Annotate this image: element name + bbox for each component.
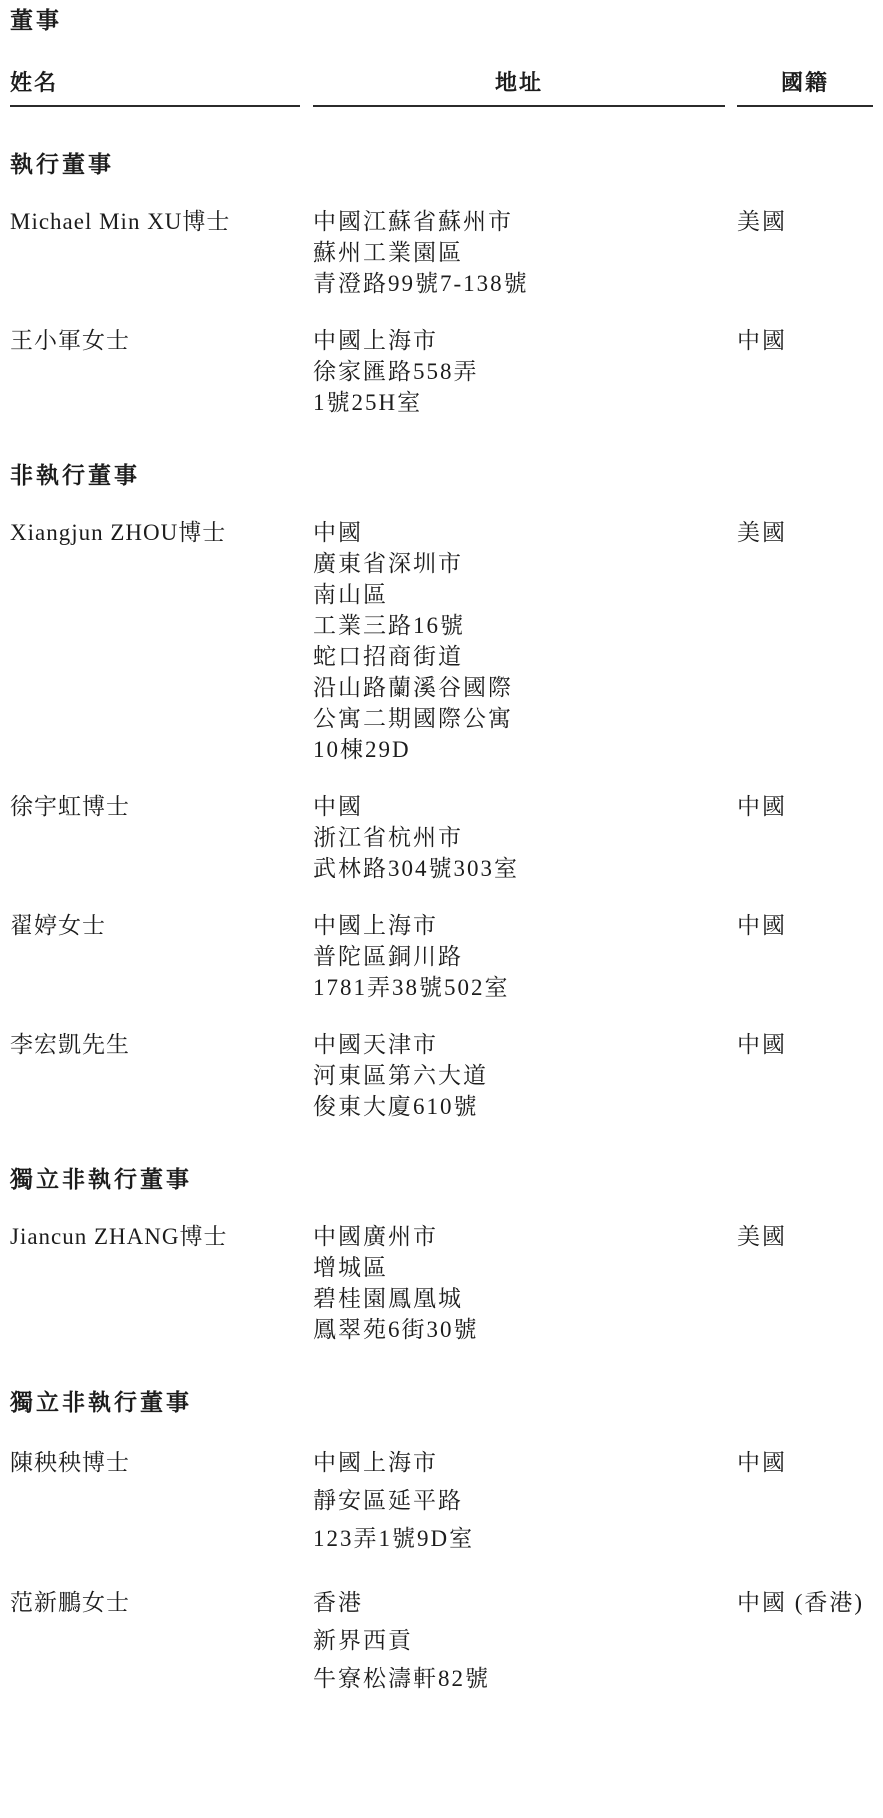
table-row: 王小軍女士 中國上海市徐家匯路558弄1號25H室 中國 [10,325,873,418]
table-row: 陳秧秧博士 中國上海市靜安區延平路123弄1號9D室 中國 [10,1444,873,1558]
table-header-row: 姓名 地址 國籍 [10,70,873,107]
address-line: 廣東省深圳市 [313,548,737,579]
section-rows: Michael Min XU博士 中國江蘇省蘇州市蘇州工業園區青澄路99號7-1… [10,206,873,418]
section-rows: Jiancun ZHANG博士 中國廣州市增城區碧桂園鳳凰城鳳翠苑6街30號 美… [10,1221,873,1345]
column-header-address: 地址 [313,70,725,107]
address-line: 碧桂園鳳凰城 [313,1283,737,1314]
section-heading: 獨立非執行董事 [10,1166,873,1193]
address-line: 中國 [313,517,737,548]
page-title: 董事 [10,6,873,34]
table-row: Xiangjun ZHOU博士 中國廣東省深圳市南山區工業三路16號蛇口招商街道… [10,517,873,765]
table-row: 范新鵬女士 香港新界西貢牛寮松濤軒82號 中國 (香港) [10,1584,873,1698]
address-line: 浙江省杭州市 [313,822,737,853]
address-line: 中國天津市 [313,1029,737,1060]
director-address: 中國廣州市增城區碧桂園鳳凰城鳳翠苑6街30號 [313,1221,737,1345]
director-address: 中國上海市普陀區銅川路1781弄38號502室 [313,910,737,1003]
address-line: 鳳翠苑6街30號 [313,1314,737,1345]
director-nationality: 中國 (香港) [737,1584,873,1698]
director-name: 翟婷女士 [10,910,313,1003]
director-nationality: 中國 [737,791,873,884]
address-line: 中國江蘇省蘇州市 [313,206,737,237]
address-line: 增城區 [313,1252,737,1283]
column-header-nationality: 國籍 [737,70,873,107]
director-section: 非執行董事 Xiangjun ZHOU博士 中國廣東省深圳市南山區工業三路16號… [10,462,873,1122]
column-header-name: 姓名 [10,70,300,107]
address-line: 蘇州工業園區 [313,237,737,268]
address-line: 青澄路99號7-138號 [313,268,737,299]
address-line: 公寓二期國際公寓 [313,703,737,734]
address-line: 123弄1號9D室 [313,1520,737,1558]
director-address: 中國上海市靜安區延平路123弄1號9D室 [313,1444,737,1558]
director-nationality: 中國 [737,325,873,418]
address-line: 中國上海市 [313,325,737,356]
director-name: Jiancun ZHANG博士 [10,1221,313,1345]
address-line: 俊東大廈610號 [313,1091,737,1122]
director-name: 王小軍女士 [10,325,313,418]
director-section: 獨立非執行董事 陳秧秧博士 中國上海市靜安區延平路123弄1號9D室 中國 范新… [10,1389,873,1698]
section-heading: 獨立非執行董事 [10,1389,873,1416]
address-line: 中國 [313,791,737,822]
director-nationality: 中國 [737,910,873,1003]
address-line: 靜安區延平路 [313,1482,737,1520]
section-heading: 非執行董事 [10,462,873,489]
address-line: 牛寮松濤軒82號 [313,1660,737,1698]
table-row: 徐宇虹博士 中國浙江省杭州市武林路304號303室 中國 [10,791,873,884]
director-nationality: 中國 [737,1444,873,1558]
director-address: 中國浙江省杭州市武林路304號303室 [313,791,737,884]
address-line: 中國上海市 [313,910,737,941]
address-line: 蛇口招商街道 [313,641,737,672]
director-name: 李宏凱先生 [10,1029,313,1122]
document-page: 董事 姓名 地址 國籍 執行董事 Michael Min XU博士 中國江蘇省蘇… [0,0,883,1698]
directors-table-body: 執行董事 Michael Min XU博士 中國江蘇省蘇州市蘇州工業園區青澄路9… [10,151,873,1698]
address-line: 普陀區銅川路 [313,941,737,972]
director-address: 中國廣東省深圳市南山區工業三路16號蛇口招商街道沿山路蘭溪谷國際公寓二期國際公寓… [313,517,737,765]
director-section: 執行董事 Michael Min XU博士 中國江蘇省蘇州市蘇州工業園區青澄路9… [10,151,873,418]
address-line: 中國上海市 [313,1444,737,1482]
director-section: 獨立非執行董事 Jiancun ZHANG博士 中國廣州市增城區碧桂園鳳凰城鳳翠… [10,1166,873,1345]
address-line: 河東區第六大道 [313,1060,737,1091]
director-address: 中國江蘇省蘇州市蘇州工業園區青澄路99號7-138號 [313,206,737,299]
table-row: Michael Min XU博士 中國江蘇省蘇州市蘇州工業園區青澄路99號7-1… [10,206,873,299]
address-line: 香港 [313,1584,737,1622]
address-line: 工業三路16號 [313,610,737,641]
director-name: 范新鵬女士 [10,1584,313,1698]
address-line: 10棟29D [313,734,737,765]
director-name: 陳秧秧博士 [10,1444,313,1558]
address-line: 南山區 [313,579,737,610]
director-name: 徐宇虹博士 [10,791,313,884]
section-heading: 執行董事 [10,151,873,178]
table-row: 李宏凱先生 中國天津市河東區第六大道俊東大廈610號 中國 [10,1029,873,1122]
address-line: 新界西貢 [313,1622,737,1660]
director-address: 中國上海市徐家匯路558弄1號25H室 [313,325,737,418]
address-line: 中國廣州市 [313,1221,737,1252]
address-line: 武林路304號303室 [313,853,737,884]
director-nationality: 美國 [737,1221,873,1345]
director-nationality: 美國 [737,206,873,299]
director-name: Xiangjun ZHOU博士 [10,517,313,765]
director-nationality: 中國 [737,1029,873,1122]
director-address: 香港新界西貢牛寮松濤軒82號 [313,1584,737,1698]
table-row: Jiancun ZHANG博士 中國廣州市增城區碧桂園鳳凰城鳳翠苑6街30號 美… [10,1221,873,1345]
director-address: 中國天津市河東區第六大道俊東大廈610號 [313,1029,737,1122]
section-rows: Xiangjun ZHOU博士 中國廣東省深圳市南山區工業三路16號蛇口招商街道… [10,517,873,1122]
address-line: 1781弄38號502室 [313,972,737,1003]
table-row: 翟婷女士 中國上海市普陀區銅川路1781弄38號502室 中國 [10,910,873,1003]
address-line: 沿山路蘭溪谷國際 [313,672,737,703]
address-line: 徐家匯路558弄 [313,356,737,387]
director-name: Michael Min XU博士 [10,206,313,299]
director-nationality: 美國 [737,517,873,765]
address-line: 1號25H室 [313,387,737,418]
section-rows: 陳秧秧博士 中國上海市靜安區延平路123弄1號9D室 中國 范新鵬女士 香港新界… [10,1444,873,1698]
